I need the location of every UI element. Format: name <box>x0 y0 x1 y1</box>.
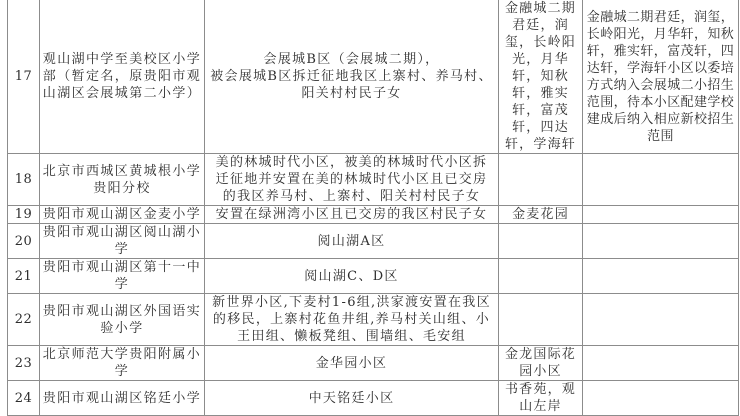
row-number-cell: 17 <box>8 0 40 154</box>
row-number-cell: 23 <box>8 346 40 381</box>
school-name-cell: 贵阳市观山湖区铭廷小学 <box>40 381 205 409</box>
table-row: 22贵阳市观山湖区外国语实验小学新世界小区,下麦村1-6组,洪家渡安置在我区的移… <box>8 294 739 346</box>
row-number-cell: 18 <box>8 154 40 206</box>
estate-name-cell <box>499 154 583 206</box>
row-number-cell: 22 <box>8 294 40 346</box>
row-number-cell: 24 <box>8 381 40 409</box>
remark-cell <box>583 206 739 224</box>
remark-cell <box>583 346 739 381</box>
enrollment-scope-cell: 安置在绿洲湾小区且已交房的我区村民子女 <box>205 206 499 224</box>
enrollment-scope-cell: 会展城B区（会展城二期）， 被会展城B区拆迁征地我区上寨村、养马村、阳关村村民子… <box>205 0 499 154</box>
document-page: 17观山湖中学至美校区小学部（暂定名，原贵阳市观山湖区会展城第二小学）会展城B区… <box>0 0 740 408</box>
row-number-cell: 21 <box>8 259 40 294</box>
table-row: 18北京市西城区黄城根小学贵阳分校美的林城时代小区，被美的林城时代小区拆迁征地并… <box>8 154 739 206</box>
school-name-cell: 贵阳市观山湖区外国语实验小学 <box>40 294 205 346</box>
school-name-cell: 贵阳市观山湖区阅山湖小学 <box>40 224 205 259</box>
table-row: 17观山湖中学至美校区小学部（暂定名，原贵阳市观山湖区会展城第二小学）会展城B区… <box>8 0 739 154</box>
estate-name-cell: 金融城二期君廷，润玺，长岭阳光，月华轩，知秋轩，雅实轩，富茂轩，四达轩，学海轩 <box>499 0 583 154</box>
school-name-cell: 北京师范大学贵阳附属小学 <box>40 346 205 381</box>
table-row: 19贵阳市观山湖区金麦小学安置在绿洲湾小区且已交房的我区村民子女金麦花园 <box>8 206 739 224</box>
table-row: 20贵阳市观山湖区阅山湖小学阅山湖A区 <box>8 224 739 259</box>
enrollment-scope-cell: 新世界小区,下麦村1-6组,洪家渡安置在我区的移民，上寨村花鱼井组,养马村关山组… <box>205 294 499 346</box>
enrollment-scope-cell: 中天铭廷小区 <box>205 381 499 409</box>
enrollment-scope-cell: 金华园小区 <box>205 346 499 381</box>
estate-name-cell <box>499 224 583 259</box>
estate-name-cell <box>499 259 583 294</box>
enrollment-scope-cell: 阅山湖A区 <box>205 224 499 259</box>
remark-cell <box>583 224 739 259</box>
school-name-cell: 贵阳市观山湖区第十一中学 <box>40 259 205 294</box>
table-row: 23北京师范大学贵阳附属小学金华园小区金龙国际花园小区 <box>8 346 739 381</box>
school-name-cell: 北京市西城区黄城根小学贵阳分校 <box>40 154 205 206</box>
estate-name-cell: 书香苑，观山左岸 <box>499 381 583 409</box>
school-name-cell: 贵阳市观山湖区金麦小学 <box>40 206 205 224</box>
enrollment-scope-cell: 阅山湖C、D区 <box>205 259 499 294</box>
estate-name-cell: 金麦花园 <box>499 206 583 224</box>
row-number-cell: 20 <box>8 224 40 259</box>
estate-name-cell <box>499 294 583 346</box>
remark-cell: 金融城二期君廷，润玺，长岭阳光，月华轩，知秋轩，雅实轩，富茂轩，四达轩，学海轩小… <box>583 0 739 154</box>
remark-cell <box>583 294 739 346</box>
enrollment-scope-cell: 美的林城时代小区，被美的林城时代小区拆迁征地并安置在美的林城时代小区且已交房的我… <box>205 154 499 206</box>
table-rows: 17观山湖中学至美校区小学部（暂定名，原贵阳市观山湖区会展城第二小学）会展城B区… <box>8 0 739 408</box>
estate-name-cell: 金龙国际花园小区 <box>499 346 583 381</box>
table-row: 21贵阳市观山湖区第十一中学阅山湖C、D区 <box>8 259 739 294</box>
remark-cell <box>583 381 739 409</box>
enrollment-zoning-table: 17观山湖中学至美校区小学部（暂定名，原贵阳市观山湖区会展城第二小学）会展城B区… <box>7 0 739 408</box>
table-row: 24贵阳市观山湖区铭廷小学中天铭廷小区书香苑，观山左岸 <box>8 381 739 409</box>
school-name-cell: 观山湖中学至美校区小学部（暂定名，原贵阳市观山湖区会展城第二小学） <box>40 0 205 154</box>
remark-cell <box>583 154 739 206</box>
row-number-cell: 19 <box>8 206 40 224</box>
remark-cell <box>583 259 739 294</box>
